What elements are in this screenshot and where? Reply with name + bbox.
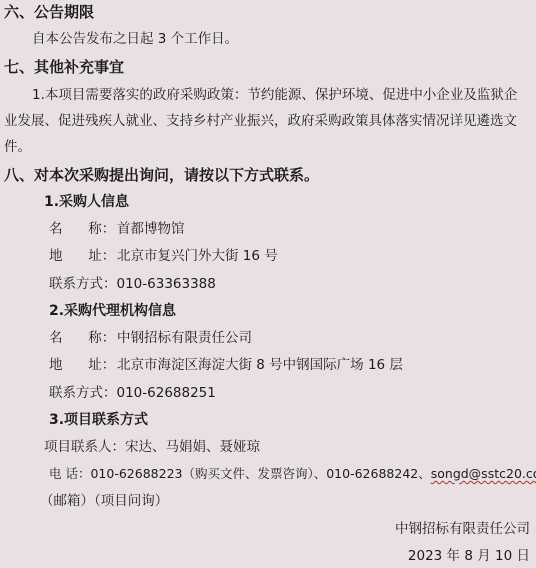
section6-body: 自本公告发布之日起 3 个工作日。	[32, 30, 238, 48]
agency-title: 2.采购代理机构信息	[49, 302, 176, 320]
project-contact-phone-value: 010-62688223（购买文件、发票咨询）、010-62688242、	[90, 466, 430, 481]
agency-address-value: 北京市海淀区海淀大街 8 号中钢国际广场 16 层	[117, 357, 403, 373]
purchaser-contact-row: 联系方式：010-63363388	[49, 275, 216, 293]
section7-heading: 七、其他补充事宜	[4, 58, 124, 76]
project-contact-email-link[interactable]: songd@sstc20.com	[431, 466, 536, 481]
purchaser-contact-value: 010-63363388	[117, 276, 216, 292]
agency-contact-label: 联系方式：	[49, 385, 117, 401]
agency-address-row: 地 址：北京市海淀区海淀大街 8 号中钢国际广场 16 层	[49, 356, 403, 374]
purchaser-address-value: 北京市复兴门外大街 16 号	[117, 248, 278, 264]
project-contact-person-value: 宋达、马娟娟、聂娅琼	[125, 439, 260, 455]
purchaser-name-row: 名 称：首都博物馆	[49, 220, 185, 238]
section7-para-line3: 件。	[4, 138, 31, 156]
section7-para-line2: 业发展、促进残疾人就业、支持乡村产业振兴，政府采购政策具体落实情况详见遴选文	[4, 112, 517, 130]
purchaser-name-value: 首都博物馆	[117, 221, 185, 237]
project-contact-person-row: 项目联系人：宋达、马娟娟、聂娅琼	[44, 438, 260, 456]
purchaser-address-label: 地 址：	[49, 247, 117, 265]
purchaser-name-label: 名 称：	[49, 220, 117, 238]
agency-contact-value: 010-62688251	[117, 385, 216, 401]
project-contact-person-label: 项目联系人：	[44, 439, 125, 455]
agency-address-label: 地 址：	[49, 356, 117, 374]
signature-date: 2023 年 8 月 10 日	[408, 547, 530, 565]
purchaser-title: 1.采购人信息	[44, 193, 129, 211]
purchaser-contact-label: 联系方式：	[49, 276, 117, 292]
section7-para-line1: 1.本项目需要落实的政府采购政策：节约能源、保护环境、促进中小企业及监狱企	[32, 86, 517, 104]
project-contact-phone-row: 电 话：010-62688223（购买文件、发票咨询）、010-62688242…	[49, 465, 536, 483]
agency-name-row: 名 称：中钢招标有限责任公司	[49, 329, 252, 347]
agency-name-label: 名 称：	[49, 329, 117, 347]
project-contact-phone-line2: （邮箱）（项目问询）	[40, 492, 168, 510]
project-contact-phone-label: 电 话：	[49, 466, 90, 481]
agency-contact-row: 联系方式：010-62688251	[49, 384, 216, 402]
section6-heading: 六、公告期限	[4, 3, 94, 21]
purchaser-address-row: 地 址：北京市复兴门外大街 16 号	[49, 247, 278, 265]
project-contact-title: 3.项目联系方式	[49, 411, 148, 429]
section8-heading: 八、对本次采购提出询问，请按以下方式联系。	[4, 166, 319, 184]
agency-name-value: 中钢招标有限责任公司	[117, 330, 252, 346]
signature-company: 中钢招标有限责任公司	[395, 520, 530, 538]
